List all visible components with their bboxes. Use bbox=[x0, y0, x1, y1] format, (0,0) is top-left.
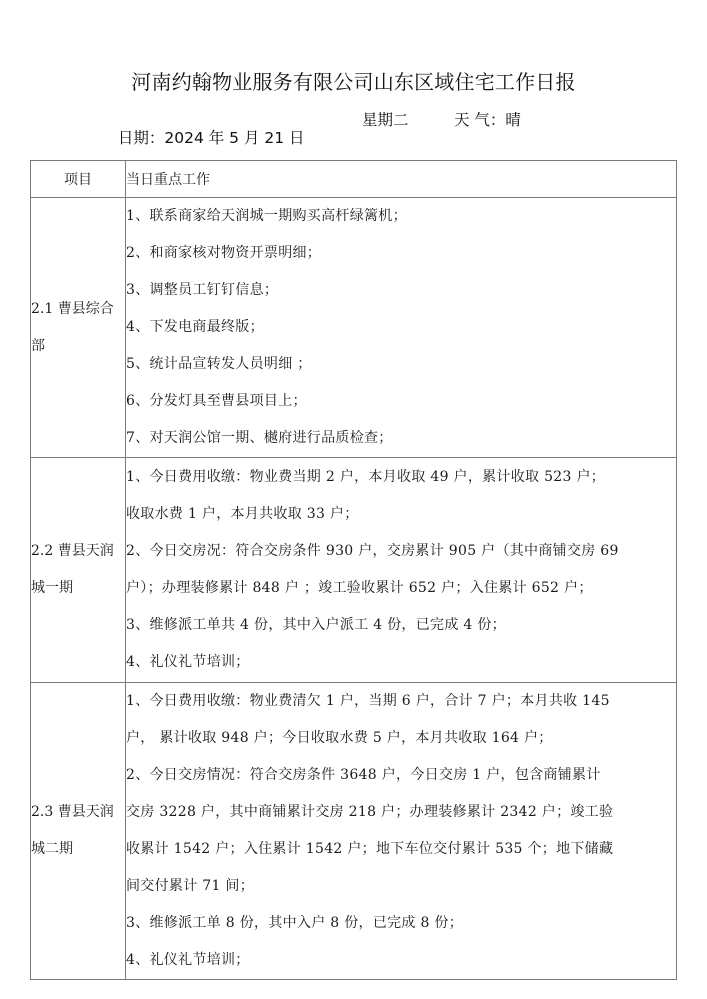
report-weekday: 星期二 bbox=[362, 108, 409, 130]
work-line: 3、维修派工单 8 份，其中入户 8 份，已完成 8 份； bbox=[126, 905, 676, 942]
work-line: 4、礼仪礼节培训； bbox=[126, 942, 676, 979]
work-line: 户， 累计收取 948 户；今日收取水费 5 户，本月共收取 164 户； bbox=[126, 720, 676, 757]
report-date: 日期：2024 年 5 月 21 日 bbox=[118, 126, 305, 148]
work-line: 5、统计品宣转发人员明细 ； bbox=[126, 346, 676, 383]
table-row: 2.3 曹县天润城二期 1、今日费用收缴：物业费清欠 1 户，当期 6 户，合计… bbox=[31, 683, 677, 980]
work-line: 3、调整员工钉钉信息； bbox=[126, 272, 676, 309]
work-line: 2、和商家核对物资开票明细； bbox=[126, 235, 676, 272]
row-item-label: 2.2 曹县天润城一期 bbox=[31, 458, 126, 683]
row-work-cell: 1、今日费用收缴：物业费清欠 1 户，当期 6 户，合计 7 户；本月共收 14… bbox=[126, 683, 677, 980]
work-line: 交房 3228 户，其中商铺累计交房 218 户；办理装修累计 2342 户；竣… bbox=[126, 794, 676, 831]
work-line: 收取水费 1 户，本月共收取 33 户； bbox=[126, 496, 676, 533]
work-line: 户）；办理装修累计 848 户 ；竣工验收累计 652 户；入住累计 652 户… bbox=[126, 570, 676, 607]
work-line: 间交付累计 71 间； bbox=[126, 868, 676, 905]
column-header-work: 当日重点工作 bbox=[126, 161, 677, 198]
row-item-label: 2.3 曹县天润城二期 bbox=[31, 683, 126, 980]
work-line: 收累计 1542 户；入住累计 1542 户；地下车位交付累计 535 个；地下… bbox=[126, 831, 676, 868]
work-line: 4、下发电商最终版； bbox=[126, 309, 676, 346]
table-row: 2.2 曹县天润城一期 1、今日费用收缴：物业费当期 2 户，本月收取 49 户… bbox=[31, 458, 677, 683]
work-line: 7、对天润公馆一期、樾府进行品质检查； bbox=[126, 420, 676, 457]
work-line: 2、今日交房况：符合交房条件 930 户，交房累计 905 户（其中商铺交房 6… bbox=[126, 533, 676, 570]
work-line: 6、分发灯具至曹县项目上； bbox=[126, 383, 676, 420]
daily-work-table: 项目 当日重点工作 2.1 曹县综合部 1、联系商家给天润城一期购买高杆绿篱机；… bbox=[30, 160, 677, 980]
row-item-label: 2.1 曹县综合部 bbox=[31, 198, 126, 458]
row-work-cell: 1、今日费用收缴：物业费当期 2 户，本月收取 49 户，累计收取 523 户；… bbox=[126, 458, 677, 683]
work-line: 1、今日费用收缴：物业费清欠 1 户，当期 6 户，合计 7 户；本月共收 14… bbox=[126, 683, 676, 720]
table-header-row: 项目 当日重点工作 bbox=[31, 161, 677, 198]
work-line: 4、礼仪礼节培训； bbox=[126, 644, 676, 681]
work-line: 2、今日交房情况：符合交房条件 3648 户，今日交房 1 户，包含商铺累计 bbox=[126, 757, 676, 794]
report-title: 河南约翰物业服务有限公司山东区域住宅工作日报 bbox=[0, 66, 707, 95]
work-line: 3、维修派工单共 4 份，其中入户派工 4 份，已完成 4 份； bbox=[126, 607, 676, 644]
work-line: 1、联系商家给天润城一期购买高杆绿篱机； bbox=[126, 198, 676, 235]
work-line: 1、今日费用收缴：物业费当期 2 户，本月收取 49 户，累计收取 523 户； bbox=[126, 459, 676, 496]
report-weather: 天 气：晴 bbox=[454, 108, 521, 130]
column-header-item: 项目 bbox=[31, 161, 126, 198]
table-row: 2.1 曹县综合部 1、联系商家给天润城一期购买高杆绿篱机； 2、和商家核对物资… bbox=[31, 198, 677, 458]
row-work-cell: 1、联系商家给天润城一期购买高杆绿篱机； 2、和商家核对物资开票明细； 3、调整… bbox=[126, 198, 677, 458]
